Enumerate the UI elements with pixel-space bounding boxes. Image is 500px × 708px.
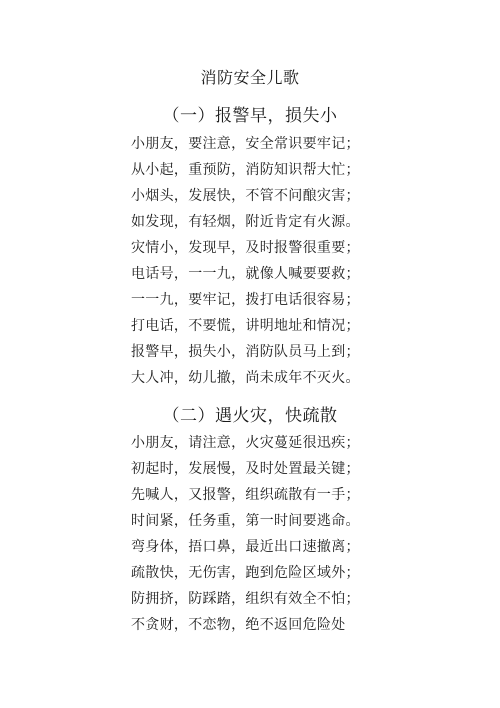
verse-line: 灾情小，发现早，及时报警很重要；	[131, 235, 371, 261]
section-heading-1: （一）报警早，损失小	[0, 104, 500, 128]
section-heading-2: （二）遇火灾，快疏散	[0, 404, 500, 428]
verse-line: 小朋友，要注意，安全常识要牢记；	[131, 131, 371, 157]
verse-line: 如发现，有轻烟，附近肯定有火源。	[131, 209, 371, 235]
verse-line: 从小起，重预防，消防知识帮大忙；	[131, 157, 371, 183]
section-1-lines: 小朋友，要注意，安全常识要牢记； 从小起，重预防，消防知识帮大忙； 小烟头，发展…	[131, 131, 371, 391]
verse-line: 疏散快，无伤害，跑到危险区域外；	[131, 560, 371, 586]
verse-line: 初起时，发展慢，及时处置最关键；	[131, 456, 371, 482]
verse-line: 小朋友，请注意，火灾蔓延很迅疾；	[131, 430, 371, 456]
verse-line: 大人冲，幼儿撤，尚未成年不灭火。	[131, 365, 371, 391]
verse-line: 时间紧，任务重，第一时间要逃命。	[131, 508, 371, 534]
verse-line: 打电话，不要慌，讲明地址和情况；	[131, 313, 371, 339]
verse-line: 弯身体，捂口鼻，最近出口速撤离；	[131, 534, 371, 560]
verse-line: 不贪财，不恋物，绝不返回危险处	[131, 612, 371, 638]
document-title: 消防安全儿歌	[0, 67, 500, 89]
section-2-lines: 小朋友，请注意，火灾蔓延很迅疾； 初起时，发展慢，及时处置最关键； 先喊人，又报…	[131, 430, 371, 638]
verse-line: 一一九，要牢记，拨打电话很容易；	[131, 287, 371, 313]
verse-line: 小烟头，发展快，不管不问酿灾害；	[131, 183, 371, 209]
verse-line: 电话号，一一九，就像人喊要要救；	[131, 261, 371, 287]
document-page: 消防安全儿歌 （一）报警早，损失小 小朋友，要注意，安全常识要牢记； 从小起，重…	[0, 0, 500, 708]
verse-line: 报警早，损失小，消防队员马上到；	[131, 339, 371, 365]
verse-line: 防拥挤，防踩踏，组织有效全不怕；	[131, 586, 371, 612]
verse-line: 先喊人，又报警，组织疏散有一手；	[131, 482, 371, 508]
